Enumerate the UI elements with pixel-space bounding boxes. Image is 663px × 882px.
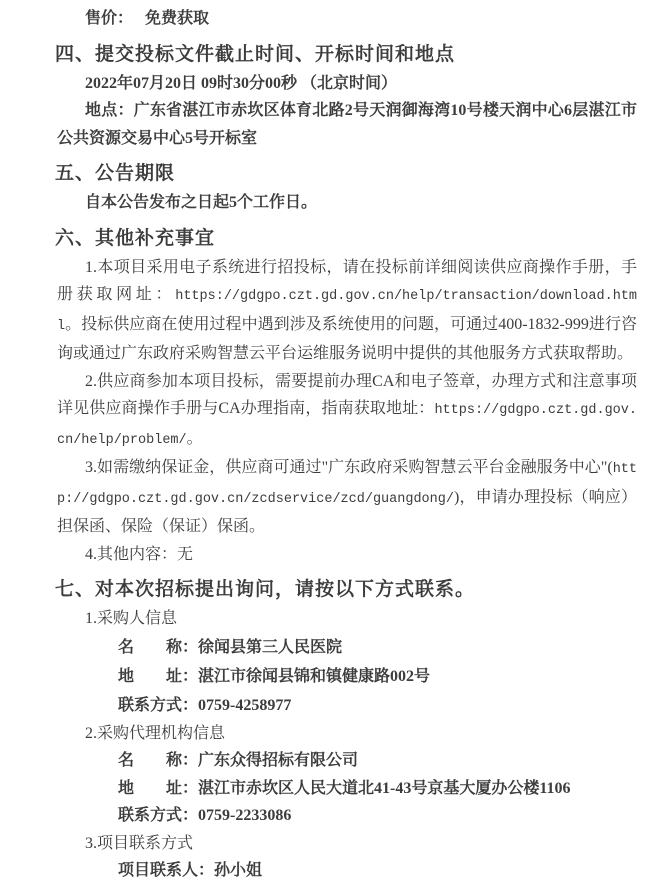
price-label: 售价： bbox=[85, 10, 133, 27]
agency-phone-line: 联系方式：0759-2233086 bbox=[57, 802, 637, 830]
agency-name-line: 名 称：广东众得招标有限公司 bbox=[57, 747, 637, 775]
agency-address-line: 地 址：湛江市赤坎区人民大道北41-43号京基大厦办公楼1106 bbox=[57, 775, 637, 803]
supplement-item-2-text-cont: 。 bbox=[187, 430, 203, 447]
section-7-title: 七、对本次招标提出询问，请按以下方式联系。 bbox=[55, 578, 637, 601]
purchaser-phone-value: 0759-4258977 bbox=[198, 697, 291, 714]
purchaser-info-heading: 1.采购人信息 bbox=[57, 605, 637, 633]
agency-name-value: 广东众得招标有限公司 bbox=[198, 752, 358, 769]
agency-name-label: 名 称： bbox=[118, 752, 198, 769]
bid-opening-location: 地点：广东省湛江市赤坎区体育北路2号天润御海湾10号楼天润中心6层湛江市公共资源… bbox=[57, 97, 637, 152]
price-value: 免费获取 bbox=[145, 10, 209, 27]
purchaser-address-line: 地 址：湛江市徐闻县锦和镇健康路002号 bbox=[57, 662, 637, 691]
agency-phone-value: 0759-2233086 bbox=[198, 807, 291, 824]
section-5-title: 五、公告期限 bbox=[55, 162, 637, 185]
supplement-item-1-text-cont: 。投标供应商在使用过程中遇到涉及系统使用的问题，可通过400-1832-999进… bbox=[57, 316, 637, 363]
purchaser-phone-label: 联系方式： bbox=[118, 697, 198, 714]
bid-deadline-datetime: 2022年07月20日 09时30分00秒 （北京时间） bbox=[57, 70, 637, 98]
supplement-item-3: 3.如需缴纳保证金，供应商可通过"广东政府采购智慧云平台金融服务中心"(http… bbox=[57, 454, 637, 541]
supplement-item-2: 2.供应商参加本项目投标，需要提前办理CA和电子签章，办理方式和注意事项详见供应… bbox=[57, 368, 637, 455]
purchaser-address-label: 地 址： bbox=[118, 668, 198, 685]
tender-announcement-page: 售价：免费获取 四、提交投标文件截止时间、开标时间和地点 2022年07月20日… bbox=[0, 0, 663, 882]
project-contact-label: 项目联系人： bbox=[118, 862, 214, 879]
supplement-item-4: 4.其他内容：无 bbox=[57, 541, 637, 569]
announcement-period-text: 自本公告发布之日起5个工作日。 bbox=[57, 189, 637, 217]
agency-info-heading: 2.采购代理机构信息 bbox=[57, 720, 637, 748]
purchaser-address-value: 湛江市徐闻县锦和镇健康路002号 bbox=[198, 668, 430, 685]
supplement-item-3-text: 3.如需缴纳保证金，供应商可通过"广东政府采购智慧云平台金融服务中心"( bbox=[85, 459, 613, 476]
price-line: 售价：免费获取 bbox=[57, 5, 637, 33]
agency-address-value: 湛江市赤坎区人民大道北41-43号京基大厦办公楼1106 bbox=[198, 780, 570, 797]
agency-address-label: 地 址： bbox=[118, 780, 198, 797]
project-contact-heading: 3.项目联系方式 bbox=[57, 830, 637, 858]
project-contact-value: 孙小姐 bbox=[214, 862, 262, 879]
purchaser-phone-line: 联系方式：0759-4258977 bbox=[57, 691, 637, 720]
supplement-item-1: 1.本项目采用电子系统进行招投标，请在投标前详细阅读供应商操作手册，手册获取网址… bbox=[57, 254, 637, 368]
project-contact-line: 项目联系人：孙小姐 bbox=[57, 857, 637, 882]
section-6-title: 六、其他补充事宜 bbox=[55, 227, 637, 250]
agency-phone-label: 联系方式： bbox=[118, 807, 198, 824]
purchaser-name-label: 名 称： bbox=[118, 639, 198, 656]
purchaser-name-line: 名 称：徐闻县第三人民医院 bbox=[57, 633, 637, 662]
section-4-title: 四、提交投标文件截止时间、开标时间和地点 bbox=[55, 43, 637, 66]
purchaser-name-value: 徐闻县第三人民医院 bbox=[198, 639, 342, 656]
